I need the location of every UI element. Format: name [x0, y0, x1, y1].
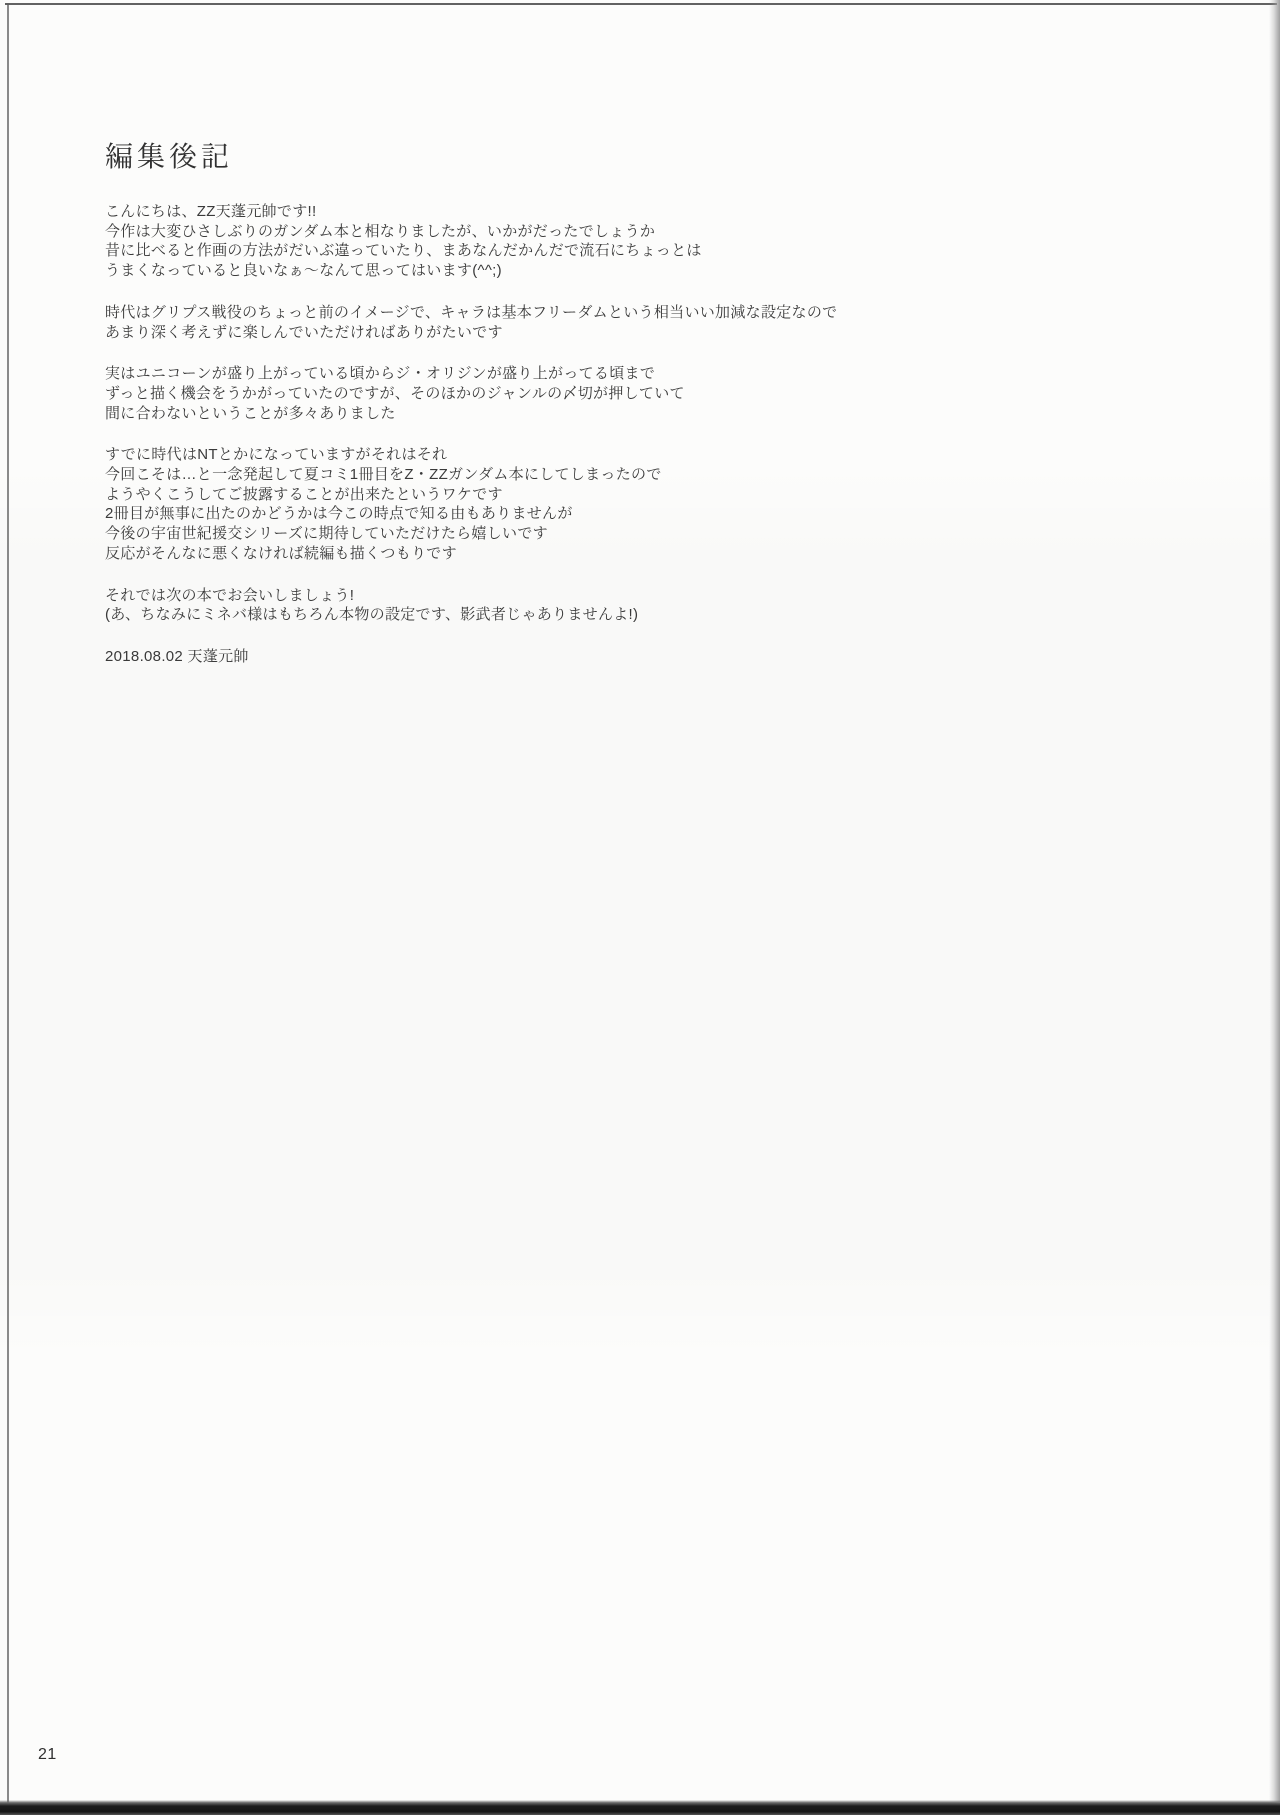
scan-edge-top [5, 3, 1277, 5]
text-line: 今後の宇宙世紀援交シリーズに期待していただけたら嬉しいです [105, 524, 965, 544]
scan-edge-left [7, 4, 9, 1803]
text-line: 反応がそんなに悪くなければ続編も描くつもりです [105, 544, 965, 564]
text-line: ずっと描く機会をうかがっていたのですが、そのほかのジャンルの〆切が押していて [105, 384, 965, 404]
text-line: 時代はグリプス戦役のちょっと前のイメージで、キャラは基本フリーダムという相当いい… [105, 303, 965, 323]
text-line: 2018.08.02 天蓬元帥 [105, 647, 965, 667]
paragraph-setting: 時代はグリプス戦役のちょっと前のイメージで、キャラは基本フリーダムという相当いい… [105, 303, 965, 342]
text-line: ようやくこうしてご披露することが出来たというワケです [105, 485, 965, 505]
page-title: 編集後記 [105, 141, 965, 173]
paragraph-history: 実はユニコーンが盛り上がっている頃からジ・オリジンが盛り上がってる頃まで ずっと… [105, 364, 965, 423]
date-signature: 2018.08.02 天蓬元帥 [105, 647, 965, 667]
text-line: こんにちは、ZZ天蓬元帥です!! [105, 202, 965, 222]
text-line: それでは次の本でお会いしましょう! [105, 586, 965, 606]
text-line: すでに時代はNTとかになっていますがそれはそれ [105, 445, 965, 465]
paragraph-release: すでに時代はNTとかになっていますがそれはそれ 今回こそは…と一念発起して夏コミ… [105, 445, 965, 563]
paragraph-greeting: こんにちは、ZZ天蓬元帥です!! 今作は大変ひさしぶりのガンダム本と相なりました… [105, 202, 965, 281]
text-line: 2冊目が無事に出たのかどうかは今この時点で知る由もありませんが [105, 504, 965, 524]
page-number: 21 [38, 1746, 57, 1764]
text-line: あまり深く考えずに楽しんでいただければありがたいです [105, 323, 965, 343]
text-line: 昔に比べると作画の方法がだいぶ違っていたり、まあなんだかんだで流石にちょっとは [105, 241, 965, 261]
text-line: (あ、ちなみにミネバ様はもちろん本物の設定です、影武者じゃありませんよ!) [105, 605, 965, 625]
scanned-page: 編集後記 こんにちは、ZZ天蓬元帥です!! 今作は大変ひさしぶりのガンダム本と相… [0, 0, 1280, 1815]
text-line: 間に合わないということが多々ありました [105, 404, 965, 424]
text-line: うまくなっていると良いなぁ〜なんて思ってはいます(^^;) [105, 261, 965, 281]
scan-edge-right [1269, 0, 1280, 1802]
text-line: 実はユニコーンが盛り上がっている頃からジ・オリジンが盛り上がってる頃まで [105, 364, 965, 384]
afterword-content: 編集後記 こんにちは、ZZ天蓬元帥です!! 今作は大変ひさしぶりのガンダム本と相… [105, 141, 965, 689]
scan-edge-bottom [0, 1800, 1280, 1815]
paragraph-farewell: それでは次の本でお会いしましょう! (あ、ちなみにミネバ様はもちろん本物の設定で… [105, 586, 965, 625]
text-line: 今作は大変ひさしぶりのガンダム本と相なりましたが、いかがだったでしょうか [105, 222, 965, 242]
text-line: 今回こそは…と一念発起して夏コミ1冊目をZ・ZZガンダム本にしてしまったので [105, 465, 965, 485]
